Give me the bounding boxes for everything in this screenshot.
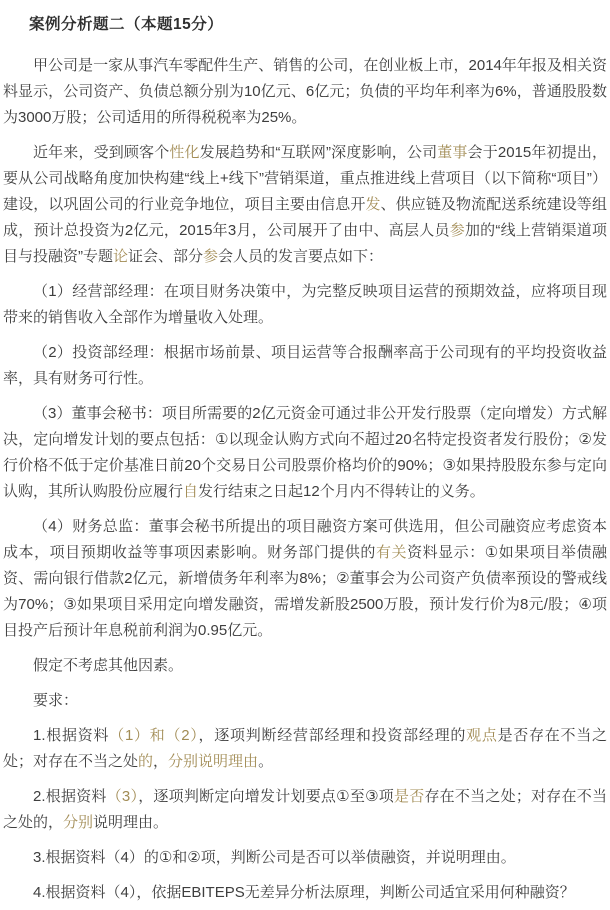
para-requirement-3: 3.根据资料（4）的①和②项，判断公司是否可以举债融资，并说明理由。	[3, 845, 607, 871]
para-point-2-investment-manager: （2）投资部经理：根据市场前景、项目运营等合报酬率高于公司现有的平均投资收益率，…	[3, 340, 607, 392]
text-segment: 1.根据资料	[33, 727, 109, 744]
para-point-1-operations-manager: （1）经营部经理：在项目财务决策中，为完整反映项目运营的预期效益，应将项目现 带…	[3, 279, 607, 331]
text-segment: 会人员的发言要点如下：	[218, 248, 383, 265]
highlighted-text: （1）和（2）	[109, 727, 198, 744]
text-segment: 2.根据资料	[33, 788, 107, 805]
text-segment: 4.根据资料（4），依据EBITEPS无差异分析法原理，判断公司适宜采用何种融资…	[33, 884, 575, 901]
highlighted-text: 的	[138, 753, 153, 770]
text-segment: 近年来，受到顾客个	[33, 144, 169, 161]
text-segment: 。	[258, 753, 273, 770]
para-requirement-4: 4.根据资料（4），依据EBITEPS无差异分析法原理，判断公司适宜采用何种融资…	[3, 880, 607, 906]
para-point-4-cfo: （4）财务总监：董事会秘书所提出的项目融资方案可供选用，但公司融资应考虑资本成本…	[3, 514, 607, 644]
text-segment: ，逐项判断定向增发计划要点①至③项	[138, 788, 394, 805]
text-segment: ，逐项判断经营部经理和投资部经理的	[199, 727, 467, 744]
text-segment: ，	[153, 753, 168, 770]
document-title: 案例分析题二（本题15分）	[3, 12, 607, 38]
text-segment: 说明理由。	[93, 814, 168, 831]
highlighted-text: 自	[183, 483, 198, 500]
highlighted-text: （3）	[107, 788, 139, 805]
highlighted-text: 参	[203, 248, 218, 265]
highlighted-text: 分别	[63, 814, 93, 831]
highlighted-text: 性化	[169, 144, 199, 161]
highlighted-text: 是否	[394, 788, 424, 805]
text-segment: 甲公司是一家从事汽车零配件生产、销售的公司，在创业板上市，2014年年报及相关资…	[3, 57, 607, 126]
highlighted-text: 参	[450, 222, 465, 239]
highlighted-text: 观点	[466, 727, 497, 744]
para-requirement-1: 1.根据资料（1）和（2），逐项判断经营部经理和投资部经理的观点是否存在不当之处…	[3, 723, 607, 775]
highlighted-text: 发	[365, 196, 380, 213]
para-assumption: 假定不考虑其他因素。	[3, 653, 607, 679]
text-segment: 发展趋势和“互联网”深度影响，公司	[200, 144, 438, 161]
highlighted-text: 论	[113, 248, 128, 265]
para-requirements-label: 要求：	[3, 688, 607, 714]
para-requirement-2: 2.根据资料（3），逐项判断定向增发计划要点①至③项是否存在不当之处；对存在不当…	[3, 784, 607, 836]
highlighted-text: 董事	[437, 144, 467, 161]
document-paragraphs: 甲公司是一家从事汽车零配件生产、销售的公司，在创业板上市，2014年年报及相关资…	[3, 53, 607, 906]
case-analysis-document: 案例分析题二（本题15分） 甲公司是一家从事汽车零配件生产、销售的公司，在创业板…	[0, 0, 610, 910]
text-segment: 假定不考虑其他因素。	[33, 657, 183, 674]
text-segment: （2）投资部经理：根据市场前景、项目运营等合报酬率高于公司现有的平均投资收益率，…	[3, 344, 607, 387]
para-company-intro: 甲公司是一家从事汽车零配件生产、销售的公司，在创业板上市，2014年年报及相关资…	[3, 53, 607, 131]
text-segment: 发行结束之日起12个月内不得转让的义务。	[198, 483, 485, 500]
text-segment: 证会、部分	[128, 248, 203, 265]
para-point-3-board-secretary: （3）董事会秘书：项目所需要的2亿元资金可通过非公开发行股票（定向增发）方式解决…	[3, 401, 607, 505]
highlighted-text: 有关	[376, 544, 407, 561]
text-segment: （1）经营部经理：在项目财务决策中，为完整反映项目运营的预期效益，应将项目现 带…	[3, 283, 610, 326]
highlighted-text: 分别说明理由	[168, 753, 258, 770]
para-background: 近年来，受到顾客个性化发展趋势和“互联网”深度影响，公司董事会于2015年初提出…	[3, 140, 607, 270]
text-segment: 3.根据资料（4）的①和②项，判断公司是否可以举债融资，并说明理由。	[33, 849, 516, 866]
text-segment: 要求：	[33, 692, 78, 709]
